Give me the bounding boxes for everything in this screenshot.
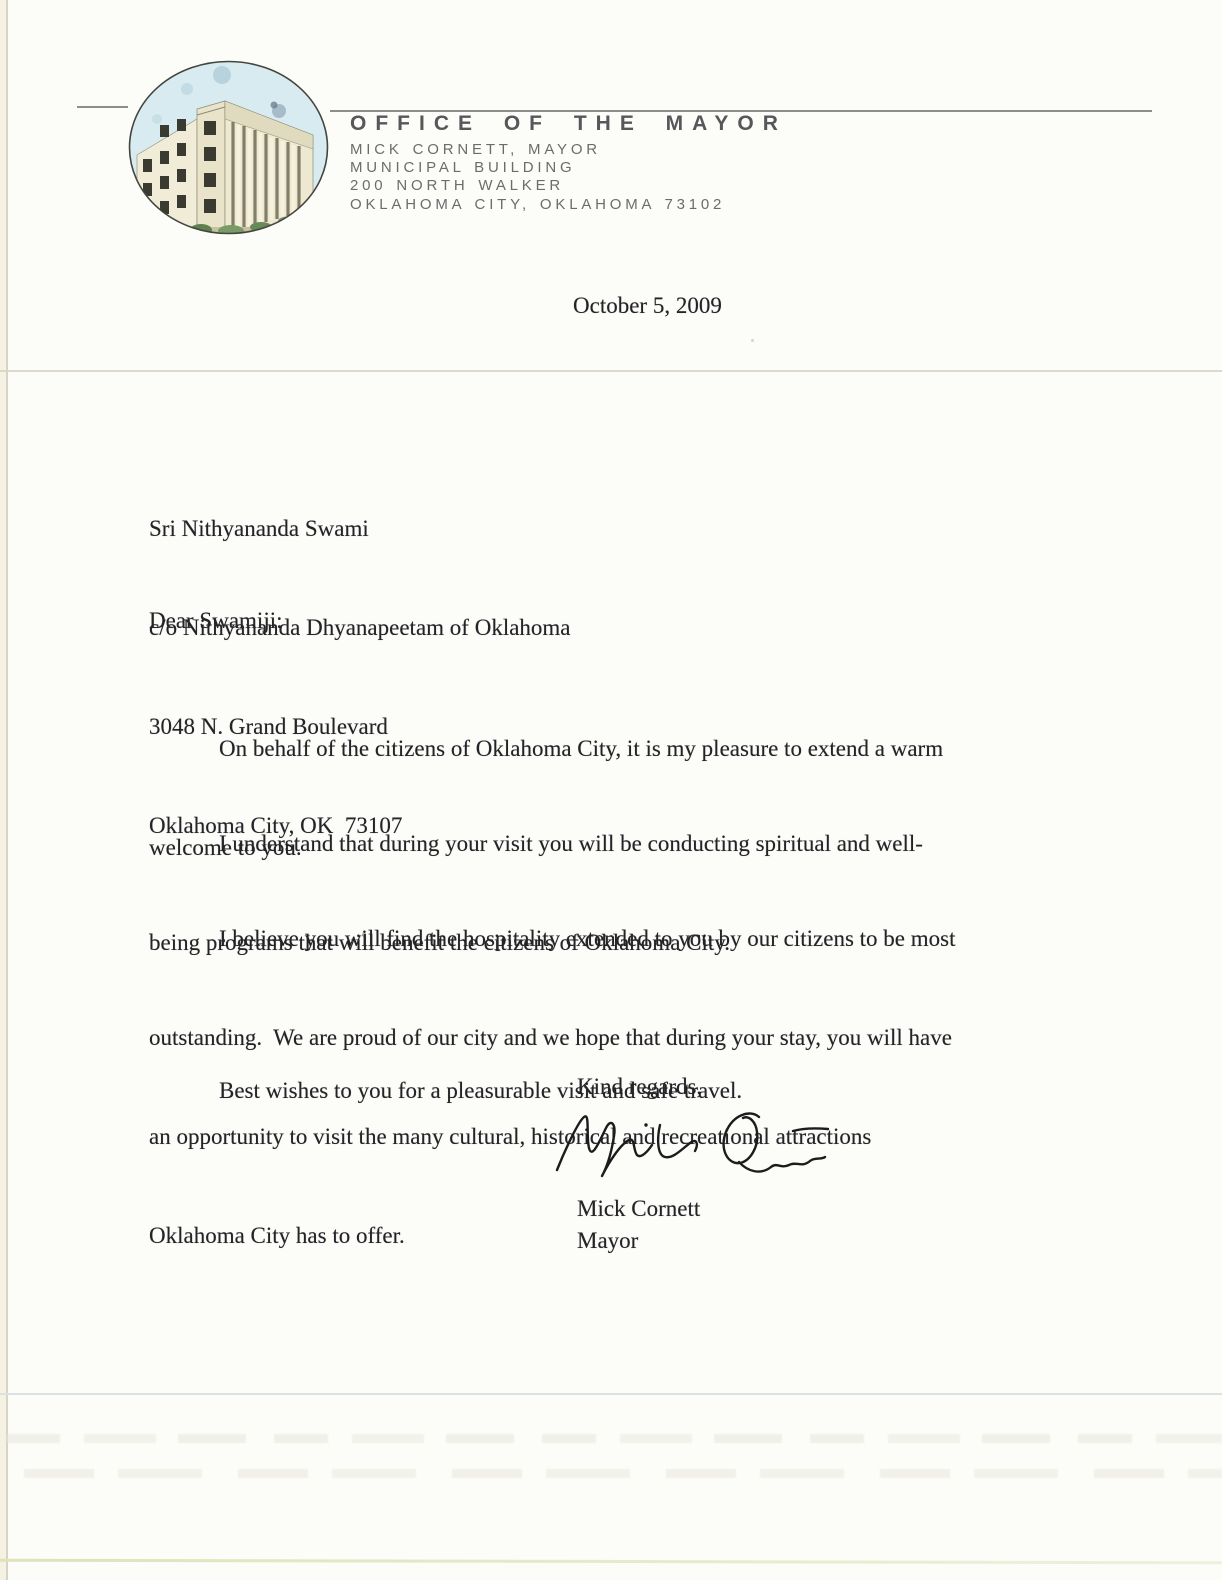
letterhead-title: OFFICE OF THE MAYOR xyxy=(350,112,787,136)
fold-line-bottom xyxy=(0,1393,1222,1395)
scan-speck xyxy=(751,339,754,342)
letterhead-mayor-line: MICK CORNETT, MAYOR xyxy=(350,141,725,159)
paper-left-edge-line xyxy=(6,0,8,1580)
letterhead-rule-left xyxy=(77,106,128,108)
bleed-through-text-row xyxy=(6,1434,1222,1443)
paragraph-line: I believe you will find the hospitality … xyxy=(149,922,956,955)
paper-bottom-edge xyxy=(0,1559,1222,1565)
paragraph-line: Oklahoma City has to offer. xyxy=(149,1219,956,1252)
sender-title: Mayor xyxy=(577,1224,638,1257)
fold-line-top xyxy=(0,370,1222,372)
municipal-building-seal-icon xyxy=(127,59,330,236)
sender-name: Mick Cornett xyxy=(577,1192,700,1225)
salutation: Dear Swamiji: xyxy=(149,604,283,637)
letter-date: October 5, 2009 xyxy=(573,289,722,322)
bleed-through-text-row xyxy=(6,1469,1222,1478)
letterhead-building-line: MUNICIPAL BUILDING xyxy=(350,159,725,177)
letterhead-street-line: 200 NORTH WALKER xyxy=(350,177,725,195)
signature-icon xyxy=(553,1102,853,1194)
letter-page: OFFICE OF THE MAYOR MICK CORNETT, MAYOR … xyxy=(0,0,1222,1580)
closing-phrase: Kind regards, xyxy=(577,1070,702,1103)
recipient-name: Sri Nithyananda Swami xyxy=(149,512,571,545)
letterhead-city-line: OKLAHOMA CITY, OKLAHOMA 73102 xyxy=(350,196,725,214)
